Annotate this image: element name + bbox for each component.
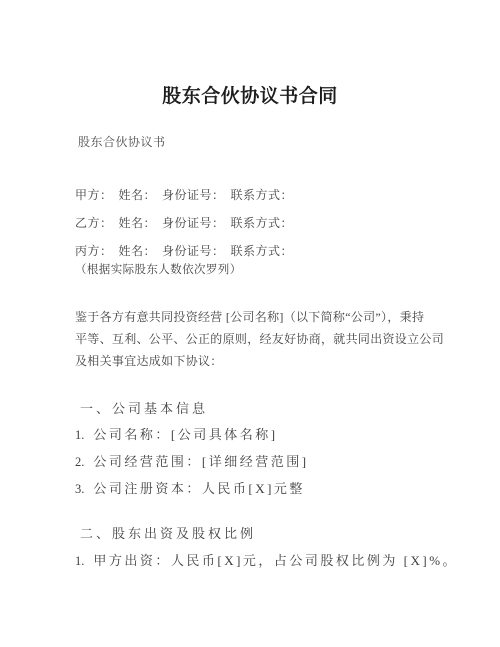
item-number: 1. <box>75 428 84 443</box>
preamble-line: 平等、互利、公平、公正的原则，经友好协商，就共同出资设立公司 <box>75 328 435 350</box>
list-item: 3.公司注册资本：人民币[X]元整 <box>75 478 305 497</box>
item-number: 3. <box>75 482 84 497</box>
section-heading-shareholder-contribution: 二、股东出资及股权比例 <box>80 523 256 542</box>
party-name-label: 姓名： <box>119 242 157 259</box>
item-number: 1. <box>75 554 84 569</box>
party-contact-label: 联系方式： <box>231 242 294 259</box>
party-id-label: 身份证号： <box>162 242 225 259</box>
document-subtitle: 股东合伙协议书 <box>78 133 166 150</box>
parties-note: （根据实际股东人数依次罗列） <box>75 261 242 277</box>
party-row-bingfang: 丙方： 姓名： 身份证号： 联系方式： <box>75 242 293 259</box>
party-name-label: 姓名： <box>119 214 157 231</box>
party-contact-label: 联系方式： <box>231 186 294 203</box>
list-item: 2.公司经营范围：[详细经营范围] <box>75 451 309 470</box>
list-item: 1.公司名称：[公司具体名称] <box>75 424 278 443</box>
list-item: 1.甲方出资：人民币[X]元，占公司股权比例为 [X]%。 <box>75 550 458 569</box>
item-text: 公司名称：[公司具体名称] <box>93 427 277 442</box>
preamble-paragraph: 鉴于各方有意共同投资经营 [公司名称]（以下简称“公司”），秉持 平等、互利、公… <box>75 306 435 372</box>
item-text: 公司注册资本：人民币[X]元整 <box>93 481 305 496</box>
preamble-line: 及相关事宜达成如下协议： <box>75 350 435 372</box>
party-role-label: 甲方： <box>75 186 113 203</box>
item-number: 2. <box>75 455 84 470</box>
party-name-label: 姓名： <box>119 186 157 203</box>
contract-document-page: 股东合伙协议书合同 股东合伙协议书 甲方： 姓名： 身份证号： 联系方式： 乙方… <box>0 0 500 647</box>
party-row-jiafang: 甲方： 姓名： 身份证号： 联系方式： <box>75 186 293 203</box>
section-heading-company-info: 一、公司基本信息 <box>80 398 208 417</box>
document-title: 股东合伙协议书合同 <box>0 81 500 108</box>
item-text: 公司经营范围：[详细经营范围] <box>93 454 308 469</box>
party-role-label: 乙方： <box>75 214 113 231</box>
preamble-line: 鉴于各方有意共同投资经营 [公司名称]（以下简称“公司”），秉持 <box>75 306 435 328</box>
party-id-label: 身份证号： <box>162 186 225 203</box>
party-role-label: 丙方： <box>75 242 113 259</box>
item-text: 甲方出资：人民币[X]元，占公司股权比例为 [X]%。 <box>93 553 458 568</box>
party-contact-label: 联系方式： <box>231 214 294 231</box>
party-row-yifang: 乙方： 姓名： 身份证号： 联系方式： <box>75 214 293 231</box>
party-id-label: 身份证号： <box>162 214 225 231</box>
